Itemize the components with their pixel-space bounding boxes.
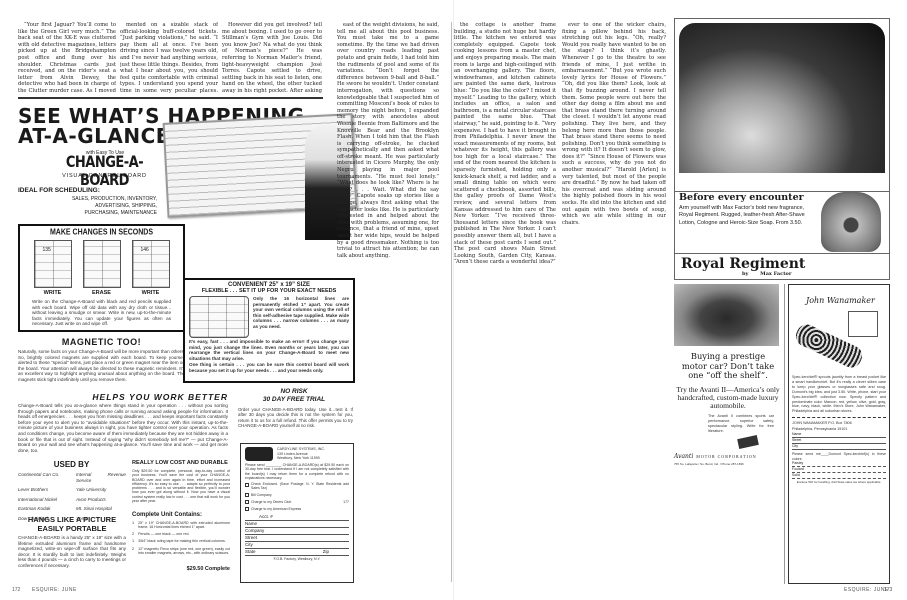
city-field[interactable]: City	[245, 542, 349, 549]
flexible-heading: FLEXIBLE . . . SET IT UP FOR YOUR EXACT …	[185, 288, 353, 294]
board-hand-photo: 146	[132, 240, 170, 288]
name-field[interactable]: Name	[245, 521, 349, 528]
by-label: by	[742, 271, 748, 277]
option-label: Charge to my American Express	[251, 507, 301, 511]
royal-regiment-ad	[674, 18, 890, 192]
payment-option[interactable]: Bill Company	[245, 493, 349, 497]
flexible-row: Only the 16 horizontal lines are permane…	[185, 294, 353, 338]
flexible-body-1: Only the 16 horizontal lines are permane…	[253, 296, 349, 338]
article-column-2: mented on a sizable stack of official-lo…	[120, 22, 218, 95]
avanti-car-photo	[674, 284, 779, 346]
coupon-header: CARDYLINE SYSTEMS, INC. 139 Linden Avenu…	[245, 447, 349, 461]
client-name: Yale University	[76, 487, 126, 493]
client-name: Avon Products	[76, 497, 126, 503]
client-name: Eastman Kodak	[18, 506, 50, 512]
royal-regiment-body: Arm yourself with Max Factor’s bold new …	[679, 205, 809, 227]
royal-regiment-copy: Before every encounter Arm yourself with…	[674, 190, 890, 254]
by-max-factor: by Max Factor	[742, 271, 792, 277]
payment-option[interactable]: Charge to my Diners Club177	[245, 500, 349, 506]
item-qty: 2	[132, 532, 134, 538]
wanamaker-city-field[interactable]: City	[792, 444, 886, 450]
write-panel: 135 WRITE	[34, 240, 72, 296]
panel-label: WRITE	[132, 290, 170, 296]
used-by-heading: USED BY	[18, 460, 125, 469]
street-field[interactable]: Street	[245, 535, 349, 542]
client-name: International Nickel	[18, 497, 57, 503]
page-number: 172	[12, 587, 20, 593]
field-label: Street	[792, 438, 801, 442]
avanti-body: The Avanti II combines sports car perfor…	[708, 414, 774, 434]
pattern-label: Foulard	[792, 467, 804, 471]
avanti-signature-row: Avanti MOTOR CORPORATION	[674, 453, 782, 460]
spec-kerchief-photo	[792, 305, 886, 375]
flexible-body-3: One thing is certain . . . you can be su…	[185, 361, 353, 373]
acct-field[interactable]: Acct. #	[245, 514, 349, 521]
avanti-ad: Buying a prestige motor car? Don’t take …	[674, 284, 782, 584]
price-complete: $29.50 Complete	[132, 566, 230, 572]
option-label: Check Enclosed. (Save Postage. N. Y. Sta…	[251, 482, 349, 491]
wanamaker-ad: John Wanamaker Spec-kerchief® sprouts ja…	[788, 284, 890, 584]
free-trial-heading: 30 DAY FREE TRIAL	[235, 396, 353, 403]
wanamaker-signature: John Wanamaker	[806, 296, 886, 305]
item-text: Pencils — one black — one red.	[138, 532, 189, 538]
field-label: Street	[245, 535, 257, 540]
option-label: Bill Company	[251, 493, 272, 497]
article-column-6: ever to one of the wicker chairs, fixing…	[562, 22, 666, 592]
panel-label: ERASE	[83, 290, 121, 296]
used-by-row: Eastman KodakMt. Sinai Hospital	[18, 506, 126, 512]
write-panel: 146 WRITE	[132, 240, 170, 296]
item-text: 25” x 19” CHANGE-A-BOARD with extruded a…	[138, 521, 230, 530]
coupon-cut-line	[792, 417, 886, 418]
item-qty: 2	[132, 547, 134, 556]
item-qty: 1	[132, 539, 134, 545]
erase-panel: ERASE	[83, 240, 121, 296]
royal-regiment-logo: Royal Regiment	[681, 256, 805, 272]
payment-option[interactable]: Charge to my American Express	[245, 507, 349, 511]
solid-row[interactable]: Solid	[792, 473, 886, 479]
ad-headline-2: AT-A-GLANCE	[18, 126, 170, 146]
address-line-2: Westbury, New York 11590	[277, 456, 325, 461]
field-label: City	[792, 444, 798, 448]
pocket-illustration	[848, 311, 878, 337]
bottle-photo	[821, 192, 881, 252]
panel-label: WRITE	[34, 290, 72, 296]
field-label: Name	[245, 521, 257, 526]
right-page: east of the weight divisions, he said, t…	[454, 0, 907, 600]
board-hand-photo: 135	[34, 240, 72, 288]
item-text: 12” magnetic Flexo strips (one red, one …	[138, 547, 230, 556]
avanti-headline: Buying a prestige motor car? Don’t take …	[674, 352, 782, 381]
avanti-address: 765 So. Lafayette / So. Bend, Ind. / Pho…	[674, 462, 782, 468]
avanti-company: MOTOR CORPORATION	[696, 454, 756, 459]
option-label: Charge to my Diners Club	[251, 500, 341, 506]
panel-note: 146	[141, 247, 149, 253]
divider	[18, 97, 323, 99]
panel-note: 135	[43, 247, 51, 253]
field-label: Zip	[323, 549, 329, 555]
used-by-row: International NickelAvon Products	[18, 497, 126, 503]
client-name: Mt. Sinai Hospital	[76, 506, 126, 512]
helps-body: Change-A-Board tells you at-a-glance whe…	[18, 403, 228, 453]
field-label: State	[245, 549, 256, 555]
hangs-heading-2: EASILY PORTABLE	[18, 524, 126, 533]
avanti-subhead: Try the Avanti II—America’s only handcra…	[674, 386, 782, 411]
brand-logo: CHANGE-A-BOARD	[42, 154, 167, 190]
ad-divider	[784, 284, 785, 584]
magnetic-heading: MAGNETIC TOO!	[18, 337, 185, 347]
ideal-heading: IDEAL FOR SCHEDULING:	[18, 187, 100, 194]
please-send-text: Please send ________ CHANGE-A-BOARD(s) a…	[245, 463, 349, 480]
avanti-signature: Avanti	[674, 453, 693, 460]
soldier-portrait-photo	[679, 23, 885, 173]
payment-options: Check Enclosed. (Save Postage. N. Y. Sta…	[245, 482, 349, 511]
article-column-1: “Your first Jaguar? You’ll come to like …	[18, 22, 116, 95]
brand-subtitle: VISUAL CONTROL BOARD	[42, 173, 167, 179]
column-rule	[451, 22, 452, 582]
board-hand-photo	[83, 240, 121, 288]
state-zip-field[interactable]: StateZip	[245, 549, 349, 556]
no-risk-body: Order your CHANGE-A-BOARD today. Use it……	[238, 407, 353, 428]
used-by-row: Lever BrothersYale University	[18, 487, 126, 493]
checkbox[interactable]	[245, 493, 249, 497]
low-cost-heading: REALLY LOW COST AND DURABLE	[132, 460, 230, 466]
article-column-3: However did you get involved? tell me ab…	[222, 22, 322, 95]
make-changes-heading: MAKE CHANGES IN SECONDS	[20, 228, 183, 236]
field-label: Acct. #	[259, 514, 273, 519]
article-column-5: the cottage is another frame building, a…	[454, 22, 556, 592]
royal-regiment-brand-box: Royal Regiment by Max Factor	[674, 254, 890, 280]
pattern-label: Paisley	[792, 461, 803, 465]
checkbox[interactable]	[245, 500, 249, 504]
used-by-row: Continental Can Co.Internal Revenue Serv…	[18, 472, 126, 483]
field-label: Name	[792, 432, 801, 436]
client-name: Internal Revenue Service	[76, 472, 126, 483]
item-qty: 1	[132, 521, 134, 530]
panels-row: 135 WRITE ERASE 146 WRITE	[20, 240, 183, 296]
hangs-heading-1: HANGS LIKE A PICTURE	[18, 515, 126, 524]
item-text: 3/64” black ruling tape for making thin …	[138, 539, 226, 545]
client-name: Lever Brothers	[18, 487, 48, 493]
folio-title: ESQUIRE: JUNE	[844, 587, 889, 593]
contains-item: 2Pencils — one black — one red.	[132, 532, 230, 538]
make-changes-body: Write on the Change-A-Board with black a…	[20, 296, 183, 327]
contains-heading: Complete Unit Contains:	[132, 512, 202, 518]
low-cost-body: Only $29.50 for complete, personal, day-…	[132, 469, 230, 503]
rolled-board-illustration	[189, 296, 249, 338]
wanamaker-coupon[interactable]: JOHN WANAMAKER P.O. Box 7806 Philadelphi…	[792, 421, 886, 484]
flexible-body-2: It’s easy, fast . . . and impossible to …	[185, 338, 353, 361]
contains-item: 125” x 19” CHANGE-A-BOARD with extruded …	[132, 521, 230, 530]
footnote: Enclose 50¢ for handling. Add State sale…	[792, 481, 886, 485]
coupon-footer: F.O.B. Factory, Westbury, N.Y.	[245, 557, 349, 563]
ideal-items: SALES, PRODUCTION, INVENTORY, ADVERTISIN…	[60, 196, 157, 217]
checkbox[interactable]	[245, 483, 249, 487]
cardyline-logo	[245, 447, 273, 461]
hangs-body: CHANGE-A-BOARD is a handy 25” x 19” size…	[18, 535, 126, 569]
folio-title: ESQUIRE: JUNE	[32, 587, 77, 593]
no-risk-heading: NO RISK	[235, 388, 353, 395]
please-send-text: Please send me____Dumont Spec-kerchief(s…	[792, 452, 886, 461]
coupon-address: CARDYLINE SYSTEMS, INC. 139 Linden Avenu…	[277, 447, 325, 461]
payment-option[interactable]: Check Enclosed. (Save Postage. N. Y. Sta…	[245, 482, 349, 491]
contains-item: 13/64” black ruling tape for making thin…	[132, 539, 230, 545]
make-changes-box: MAKE CHANGES IN SECONDS 135 WRITE ERASE …	[18, 224, 185, 332]
magnetic-body: Naturally, some facts on your Change-A-B…	[18, 349, 185, 383]
company-field[interactable]: Company	[245, 528, 349, 535]
page-number: 173	[884, 587, 892, 593]
brochure-icon	[737, 435, 759, 449]
flexible-box: CONVENIENT 25” x 19” SIZE FLEXIBLE . . .…	[183, 278, 355, 383]
maker-name: Max Factor	[760, 271, 791, 277]
company-name: CARDYLINE SYSTEMS, INC.	[277, 447, 325, 452]
contains-list: 125” x 19” CHANGE-A-BOARD with extruded …	[132, 521, 230, 555]
contains-item: 212” magnetic Flexo strips (one red, one…	[132, 547, 230, 556]
field-label: City	[245, 542, 253, 547]
wanamaker-body: Spec-kerchief® sprouts jauntily from a b…	[792, 375, 886, 414]
article-column-4: east of the weight divisions, he said, t…	[337, 22, 439, 592]
checkbox[interactable]	[245, 507, 249, 511]
pattern-label: Solid	[792, 473, 800, 477]
client-name: Continental Can Co.	[18, 472, 59, 483]
helps-heading: HELPS YOU WORK BETTER	[18, 392, 228, 402]
field-label: Company	[245, 528, 264, 533]
